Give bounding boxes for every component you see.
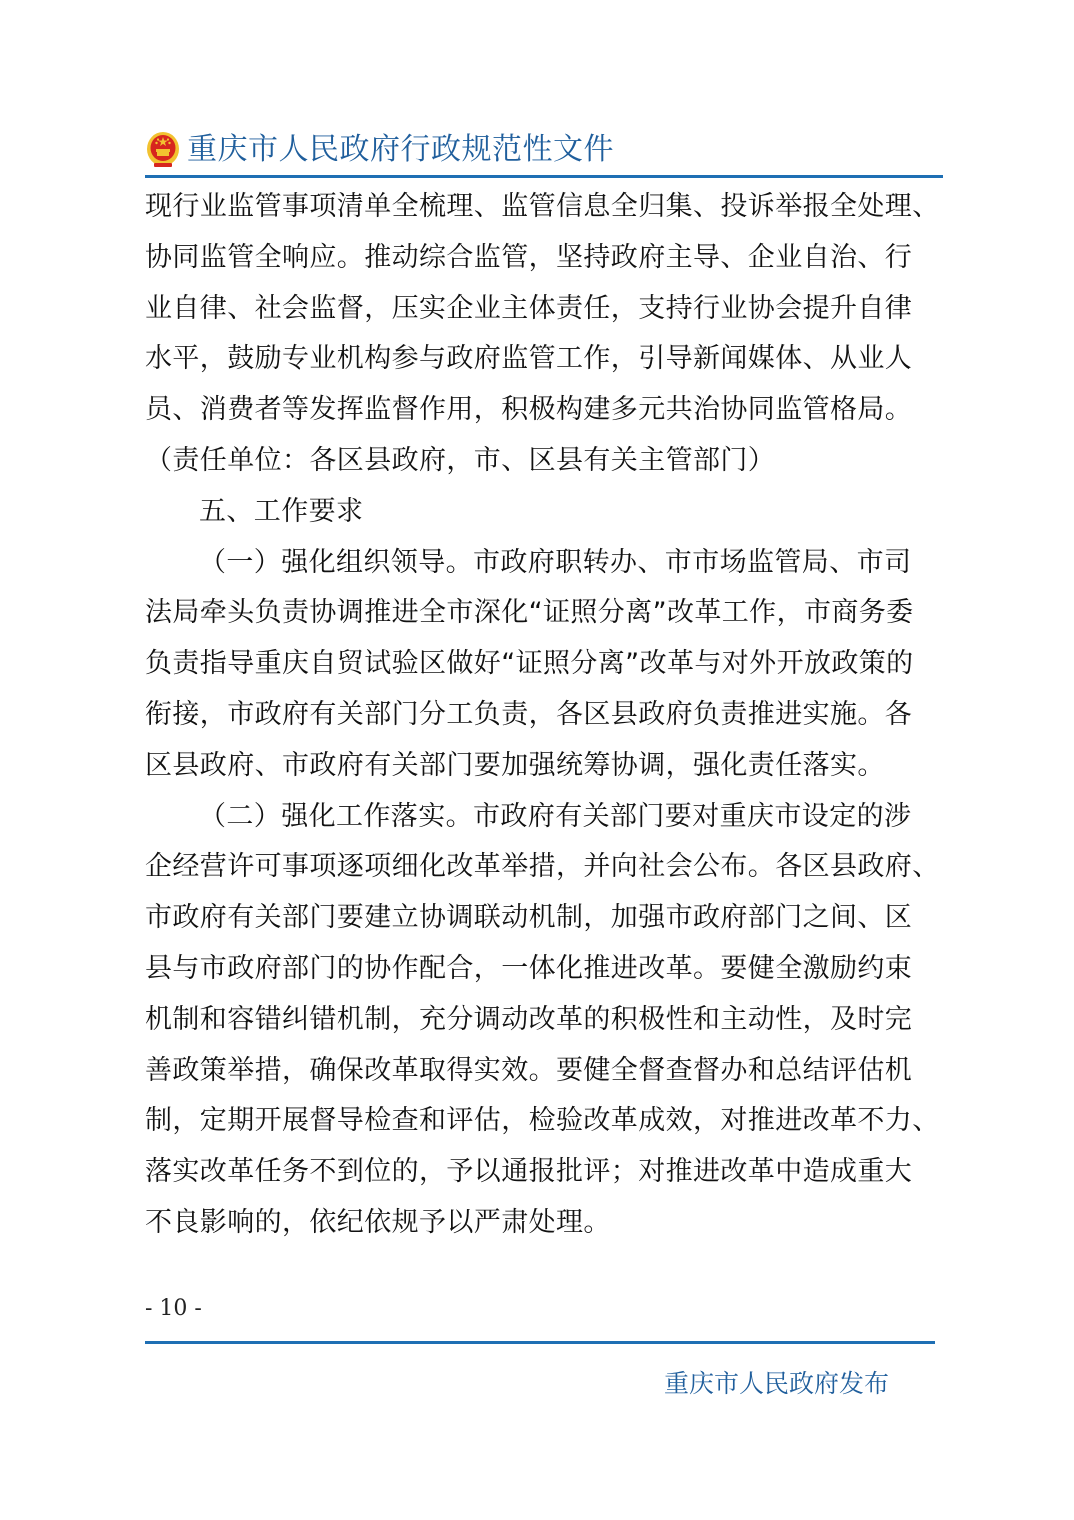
body-line: 衔接，市政府有关部门分工负责，各区县政府负责推进实施。各 bbox=[145, 690, 945, 741]
body-line: 区县政府、市政府有关部门要加强统筹协调，强化责任落实。 bbox=[145, 741, 945, 792]
national-emblem-icon bbox=[145, 130, 181, 170]
body-line: （二）强化工作落实。市政府有关部门要对重庆市设定的涉 bbox=[145, 792, 945, 843]
footer-divider bbox=[145, 1341, 935, 1344]
body-line: 员、消费者等发挥监督作用，积极构建多元共治协同监管格局。 bbox=[145, 385, 945, 436]
body-line: 负责指导重庆自贸试验区做好“证照分离”改革与对外开放政策的 bbox=[145, 639, 945, 690]
body-line: 县与市政府部门的协作配合，一体化推进改革。要健全激励约束 bbox=[145, 944, 945, 995]
document-header: 重庆市人民政府行政规范性文件 bbox=[145, 128, 614, 172]
body-line: 法局牵头负责协调推进全市深化“证照分离”改革工作，市商务委 bbox=[145, 588, 945, 639]
body-line: 落实改革任务不到位的，予以通报批评；对推进改革中造成重大 bbox=[145, 1147, 945, 1198]
body-line: （一）强化组织领导。市政府职转办、市市场监管局、市司 bbox=[145, 538, 945, 589]
header-title: 重庆市人民政府行政规范性文件 bbox=[187, 130, 614, 170]
body-line: 市政府有关部门要建立协调联动机制，加强市政府部门之间、区 bbox=[145, 893, 945, 944]
publisher-label: 重庆市人民政府发布 bbox=[664, 1364, 889, 1400]
section-heading: 五、工作要求 bbox=[145, 487, 945, 538]
body-line: 善政策举措，确保改革取得实效。要健全督查督办和总结评估机 bbox=[145, 1046, 945, 1097]
page-number: - 10 - bbox=[145, 1296, 202, 1321]
body-line: 不良影响的，依纪依规予以严肃处理。 bbox=[145, 1198, 945, 1249]
document-body: 现行业监管事项清单全梳理、监管信息全归集、投诉举报全处理、 协同监管全响应。推动… bbox=[145, 182, 945, 1249]
header-divider bbox=[145, 175, 943, 178]
body-line: 业自律、社会监督，压实企业主体责任，支持行业协会提升自律 bbox=[145, 284, 945, 335]
body-line: （责任单位：各区县政府，市、区县有关主管部门） bbox=[145, 436, 945, 487]
body-line: 水平，鼓励专业机构参与政府监管工作，引导新闻媒体、从业人 bbox=[145, 334, 945, 385]
body-line: 企经营许可事项逐项细化改革举措，并向社会公布。各区县政府、 bbox=[145, 842, 945, 893]
body-line: 现行业监管事项清单全梳理、监管信息全归集、投诉举报全处理、 bbox=[145, 182, 945, 233]
body-line: 制，定期开展督导检查和评估，检验改革成效，对推进改革不力、 bbox=[145, 1096, 945, 1147]
body-line: 协同监管全响应。推动综合监管，坚持政府主导、企业自治、行 bbox=[145, 233, 945, 284]
body-line: 机制和容错纠错机制，充分调动改革的积极性和主动性，及时完 bbox=[145, 995, 945, 1046]
